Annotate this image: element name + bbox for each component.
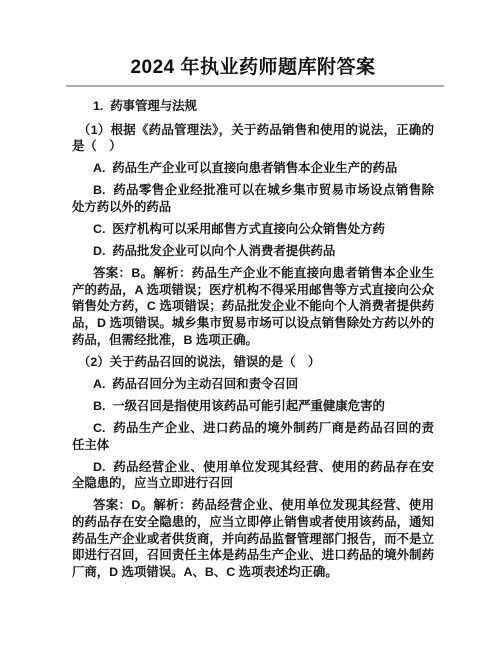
question-1-option-a: A. 药品生产企业可以直接向患者销售本企业生产的药品 [72, 160, 434, 177]
question-1-option-d: D. 药品批发企业可以向个人消费者提供药品 [72, 243, 434, 260]
document-page: 2024 年执业药师题库附答案 1. 药事管理与法规 （1）根据《药品管理法》，… [0, 0, 500, 647]
section-heading: 1. 药事管理与法规 [72, 98, 434, 115]
question-block-2: （2）关于药品召回的说法，错误的是（ ） A. 药品召回分为主动召回和责令召回 … [72, 354, 434, 581]
question-2-option-b: B. 一级召回是指使用该药品可能引起严重健康危害的 [72, 398, 434, 415]
question-2-option-c: C. 药品生产企业、进口药品的境外制药厂商是药品召回的责任主体 [72, 420, 434, 453]
question-1-option-c: C. 医疗机构可以采用邮售方式直接向公众销售处方药 [72, 221, 434, 238]
question-2-option-d: D. 药品经营企业、使用单位发现其经营、使用的药品存在安全隐患的，应当立即进行召… [72, 459, 434, 492]
question-2-option-a: A. 药品召回分为主动召回和责令召回 [72, 376, 434, 393]
question-block-1: （1）根据《药品管理法》，关于药品销售和使用的说法，正确的是（ ） A. 药品生… [72, 122, 434, 349]
question-1-option-b: B. 药品零售企业经批准可以在城乡集市贸易市场设点销售除处方药以外的药品 [72, 182, 434, 215]
page-title: 2024 年执业药师题库附答案 [72, 55, 434, 80]
question-1-answer: 答案：B。解析：药品生产企业不能直接向患者销售本企业生产的药品，A 选项错误；医… [72, 265, 434, 348]
question-2-stem: （2）关于药品召回的说法，错误的是（ ） [72, 354, 434, 371]
question-2-answer: 答案：D。解析：药品经营企业、使用单位发现其经营、使用的药品存在安全隐患的，应当… [72, 497, 434, 580]
question-1-stem: （1）根据《药品管理法》，关于药品销售和使用的说法，正确的是（ ） [72, 122, 434, 155]
title-divider [66, 85, 444, 87]
